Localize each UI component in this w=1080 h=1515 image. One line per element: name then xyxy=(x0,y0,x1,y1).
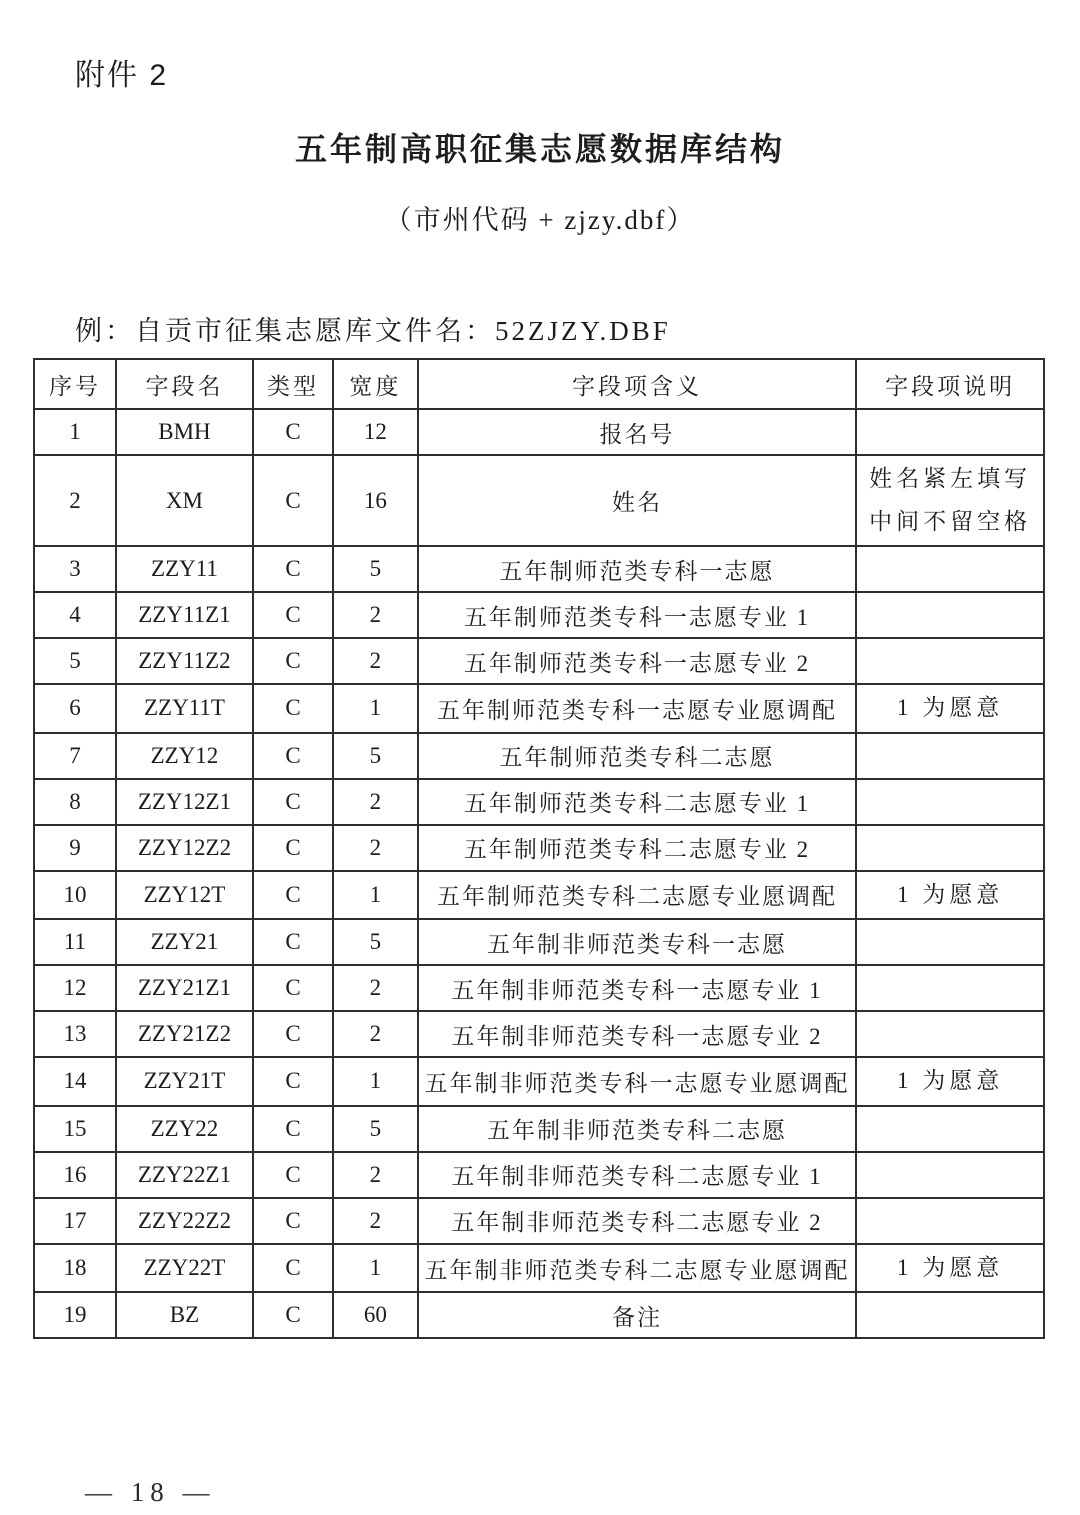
table-cell: ZZY11T xyxy=(116,684,253,733)
table-cell: 五年制非师范类专科一志愿专业愿调配 xyxy=(418,1057,856,1106)
table-cell: 五年制非师范类专科一志愿专业 2 xyxy=(418,1011,856,1057)
table-cell: 五年制非师范类专科一志愿专业 1 xyxy=(418,965,856,1011)
table-cell: C xyxy=(253,779,333,825)
table-cell xyxy=(856,1106,1044,1152)
table-cell: ZZY21 xyxy=(116,919,253,965)
table-cell: 五年制师范类专科二志愿专业 1 xyxy=(418,779,856,825)
table-cell: 五年制非师范类专科一志愿 xyxy=(418,919,856,965)
table-cell: 11 xyxy=(34,919,116,965)
table-cell: 2 xyxy=(333,592,418,638)
table-cell: 17 xyxy=(34,1198,116,1244)
table-cell: ZZY21Z2 xyxy=(116,1011,253,1057)
table-cell: ZZY12Z1 xyxy=(116,779,253,825)
table-cell: ZZY11 xyxy=(116,546,253,592)
table-cell: 1 xyxy=(34,409,116,455)
table-cell: C xyxy=(253,1152,333,1198)
document-title: 五年制高职征集志愿数据库结构 xyxy=(0,124,1080,170)
table-cell: C xyxy=(253,409,333,455)
column-header: 类型 xyxy=(253,359,333,409)
table-cell: 19 xyxy=(34,1292,116,1338)
table-row: 6ZZY11TC1五年制师范类专科一志愿专业愿调配1 为愿意 xyxy=(34,684,1044,733)
table-cell: C xyxy=(253,1292,333,1338)
table-cell: C xyxy=(253,455,333,546)
table-row: 10ZZY12TC1五年制师范类专科二志愿专业愿调配1 为愿意 xyxy=(34,871,1044,920)
table-row: 7ZZY12C5五年制师范类专科二志愿 xyxy=(34,733,1044,779)
table-cell xyxy=(856,1152,1044,1198)
table-cell: C xyxy=(253,684,333,733)
table-cell xyxy=(856,919,1044,965)
table-cell: 1 为愿意 xyxy=(856,871,1044,920)
table-row: 15ZZY22C5五年制非师范类专科二志愿 xyxy=(34,1106,1044,1152)
table-cell: 4 xyxy=(34,592,116,638)
table-header-row: 序号字段名类型宽度字段项含义字段项说明 xyxy=(34,359,1044,409)
table-cell: ZZY11Z2 xyxy=(116,638,253,684)
table-cell: 15 xyxy=(34,1106,116,1152)
table-cell: 1 xyxy=(333,1057,418,1106)
table-cell: 14 xyxy=(34,1057,116,1106)
table-cell: ZZY21Z1 xyxy=(116,965,253,1011)
table-cell xyxy=(856,1198,1044,1244)
table-cell: 五年制师范类专科一志愿专业 1 xyxy=(418,592,856,638)
table-cell: C xyxy=(253,546,333,592)
document-page: 附件 2 五年制高职征集志愿数据库结构 （市州代码 + zjzy.dbf） 例：… xyxy=(0,0,1080,1508)
table-cell: C xyxy=(253,638,333,684)
table-cell: 5 xyxy=(333,546,418,592)
table-cell: 姓名紧左填写 中间不留空格 xyxy=(856,455,1044,546)
table-cell: ZZY22 xyxy=(116,1106,253,1152)
example-filename-line: 例：自贡市征集志愿库文件名：52ZJZY.DBF xyxy=(75,309,1080,348)
table-cell: 5 xyxy=(34,638,116,684)
table-row: 13ZZY21Z2C2五年制非师范类专科一志愿专业 2 xyxy=(34,1011,1044,1057)
table-cell: 2 xyxy=(333,965,418,1011)
table-cell: 1 为愿意 xyxy=(856,1244,1044,1293)
table-row: 4ZZY11Z1C2五年制师范类专科一志愿专业 1 xyxy=(34,592,1044,638)
table-cell xyxy=(856,965,1044,1011)
table-cell: 1 xyxy=(333,871,418,920)
table-cell: 姓名 xyxy=(418,455,856,546)
table-body: 1BMHC12报名号2XMC16姓名姓名紧左填写 中间不留空格3ZZY11C5五… xyxy=(34,409,1044,1338)
table-cell: ZZY12T xyxy=(116,871,253,920)
table-cell: C xyxy=(253,592,333,638)
table-cell: BZ xyxy=(116,1292,253,1338)
table-cell: 2 xyxy=(333,638,418,684)
table-cell: C xyxy=(253,1057,333,1106)
table-cell: C xyxy=(253,965,333,1011)
table-row: 18ZZY22TC1五年制非师范类专科二志愿专业愿调配1 为愿意 xyxy=(34,1244,1044,1293)
table-cell xyxy=(856,733,1044,779)
table-cell: 2 xyxy=(333,1152,418,1198)
table-row: 1BMHC12报名号 xyxy=(34,409,1044,455)
table-row: 16ZZY22Z1C2五年制非师范类专科二志愿专业 1 xyxy=(34,1152,1044,1198)
column-header: 字段项说明 xyxy=(856,359,1044,409)
table-cell: 6 xyxy=(34,684,116,733)
table-cell: C xyxy=(253,1011,333,1057)
table-cell: 1 xyxy=(333,1244,418,1293)
table-row: 17ZZY22Z2C2五年制非师范类专科二志愿专业 2 xyxy=(34,1198,1044,1244)
table-cell xyxy=(856,638,1044,684)
table-cell: 五年制非师范类专科二志愿专业 1 xyxy=(418,1152,856,1198)
table-cell: 五年制师范类专科一志愿专业 2 xyxy=(418,638,856,684)
table-cell: 五年制师范类专科二志愿专业 2 xyxy=(418,825,856,871)
table-row: 3ZZY11C5五年制师范类专科一志愿 xyxy=(34,546,1044,592)
table-cell xyxy=(856,825,1044,871)
table-row: 11ZZY21C5五年制非师范类专科一志愿 xyxy=(34,919,1044,965)
table-cell: 18 xyxy=(34,1244,116,1293)
table-cell: 2 xyxy=(333,1011,418,1057)
table-cell: ZZY12Z2 xyxy=(116,825,253,871)
table-row: 5ZZY11Z2C2五年制师范类专科一志愿专业 2 xyxy=(34,638,1044,684)
table-cell: C xyxy=(253,919,333,965)
column-header: 字段项含义 xyxy=(418,359,856,409)
table-cell xyxy=(856,546,1044,592)
table-cell: 3 xyxy=(34,546,116,592)
table-cell: XM xyxy=(116,455,253,546)
table-cell: ZZY21T xyxy=(116,1057,253,1106)
table-cell: 60 xyxy=(333,1292,418,1338)
table-cell: ZZY11Z1 xyxy=(116,592,253,638)
table-cell: C xyxy=(253,1198,333,1244)
table-row: 19BZC60备注 xyxy=(34,1292,1044,1338)
table-cell: 1 为愿意 xyxy=(856,1057,1044,1106)
table-cell: 8 xyxy=(34,779,116,825)
table-cell xyxy=(856,779,1044,825)
table-cell: 2 xyxy=(333,779,418,825)
table-cell xyxy=(856,409,1044,455)
table-row: 9ZZY12Z2C2五年制师范类专科二志愿专业 2 xyxy=(34,825,1044,871)
table-cell: 1 xyxy=(333,684,418,733)
table-cell: 2 xyxy=(34,455,116,546)
table-cell: 五年制师范类专科二志愿 xyxy=(418,733,856,779)
table-cell: 5 xyxy=(333,1106,418,1152)
column-header: 序号 xyxy=(34,359,116,409)
attachment-label: 附件 2 xyxy=(75,0,1080,94)
table-cell: 9 xyxy=(34,825,116,871)
table-cell: C xyxy=(253,1244,333,1293)
table-cell: C xyxy=(253,733,333,779)
table-cell: 2 xyxy=(333,1198,418,1244)
table-cell: 5 xyxy=(333,733,418,779)
table-cell: 五年制非师范类专科二志愿专业愿调配 xyxy=(418,1244,856,1293)
table-cell: 报名号 xyxy=(418,409,856,455)
table-cell: BMH xyxy=(116,409,253,455)
table-cell: ZZY12 xyxy=(116,733,253,779)
column-header: 宽度 xyxy=(333,359,418,409)
table-cell: 12 xyxy=(34,965,116,1011)
table-cell: 五年制非师范类专科二志愿专业 2 xyxy=(418,1198,856,1244)
table-cell: ZZY22T xyxy=(116,1244,253,1293)
document-subtitle: （市州代码 + zjzy.dbf） xyxy=(0,198,1080,237)
table-cell: C xyxy=(253,871,333,920)
table-cell: 五年制师范类专科一志愿 xyxy=(418,546,856,592)
table-cell: 12 xyxy=(333,409,418,455)
table-cell: 五年制非师范类专科二志愿 xyxy=(418,1106,856,1152)
table-cell: 1 为愿意 xyxy=(856,684,1044,733)
table-cell xyxy=(856,1292,1044,1338)
table-cell: 16 xyxy=(34,1152,116,1198)
table-row: 12ZZY21Z1C2五年制非师范类专科一志愿专业 1 xyxy=(34,965,1044,1011)
table-cell xyxy=(856,592,1044,638)
table-cell: C xyxy=(253,1106,333,1152)
table-cell: ZZY22Z1 xyxy=(116,1152,253,1198)
page-number: — 18 — xyxy=(85,1477,1080,1508)
column-header: 字段名 xyxy=(116,359,253,409)
table-cell: 13 xyxy=(34,1011,116,1057)
table-cell: ZZY22Z2 xyxy=(116,1198,253,1244)
table-cell: 16 xyxy=(333,455,418,546)
table-cell xyxy=(856,1011,1044,1057)
table-cell: 2 xyxy=(333,825,418,871)
table-cell: C xyxy=(253,825,333,871)
database-field-structure-table: 序号字段名类型宽度字段项含义字段项说明 1BMHC12报名号2XMC16姓名姓名… xyxy=(33,358,1045,1339)
table-row: 8ZZY12Z1C2五年制师范类专科二志愿专业 1 xyxy=(34,779,1044,825)
table-row: 2XMC16姓名姓名紧左填写 中间不留空格 xyxy=(34,455,1044,546)
table-row: 14ZZY21TC1五年制非师范类专科一志愿专业愿调配1 为愿意 xyxy=(34,1057,1044,1106)
table-cell: 10 xyxy=(34,871,116,920)
table-cell: 7 xyxy=(34,733,116,779)
table-cell: 5 xyxy=(333,919,418,965)
table-cell: 备注 xyxy=(418,1292,856,1338)
table-cell: 五年制师范类专科一志愿专业愿调配 xyxy=(418,684,856,733)
table-head: 序号字段名类型宽度字段项含义字段项说明 xyxy=(34,359,1044,409)
table-cell: 五年制师范类专科二志愿专业愿调配 xyxy=(418,871,856,920)
